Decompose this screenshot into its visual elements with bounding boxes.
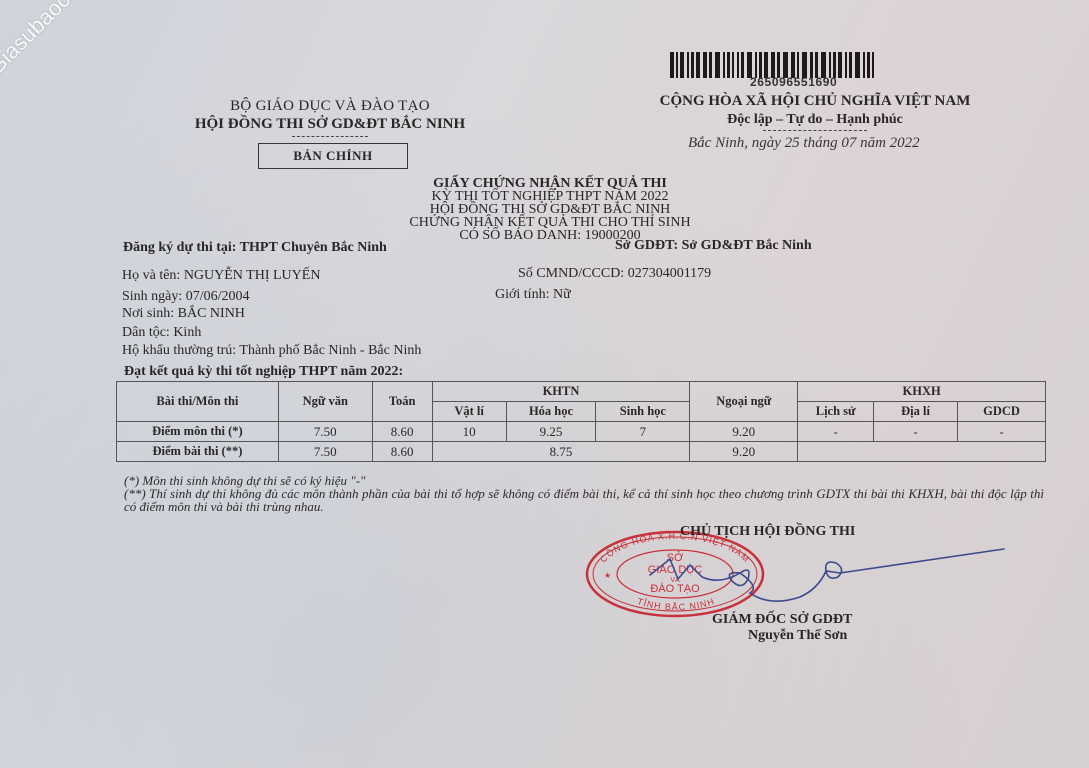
exam-score-foreign-language: 9.20 xyxy=(690,442,798,462)
motto-divider xyxy=(763,130,867,131)
footnotes: (*) Môn thi sinh không dự thi sẽ có ký h… xyxy=(124,474,1044,513)
candidate-residence: Hộ khẩu thường trú: Thành phố Bắc Ninh -… xyxy=(122,343,421,359)
header-divider xyxy=(292,136,368,137)
candidate-ethnicity: Dân tộc: Kinh xyxy=(122,325,201,341)
candidate-id-number: Số CMND/CCCD: 027304001179 xyxy=(518,266,711,282)
footnote-2: (**) Thí sinh dự thi không đủ các môn th… xyxy=(124,487,1044,513)
header-history: Lịch sử xyxy=(798,402,874,422)
national-header: CỘNG HÒA XÃ HỘI CHỦ NGHĨA VIỆT NAM Độc l… xyxy=(580,93,1050,131)
score-foreign-language: 9.20 xyxy=(690,422,798,442)
national-motto: Độc lập – Tự do – Hạnh phúc xyxy=(580,112,1050,128)
table-row: Điểm bài thi (**) 7.50 8.60 8.75 9.20 xyxy=(117,442,1046,462)
signatory-role: GIÁM ĐỐC SỞ GDĐT xyxy=(712,612,852,628)
exam-score-khxh xyxy=(798,442,1046,462)
original-copy-box: BẢN CHÍNH xyxy=(258,143,408,169)
exam-score-math: 8.60 xyxy=(372,442,432,462)
issuer-header: BỘ GIÁO DỤC VÀ ĐÀO TẠO HỘI ĐỒNG THI SỞ G… xyxy=(120,98,540,137)
candidate-dob: Sinh ngày: 07/06/2004 xyxy=(122,289,250,305)
place-date: Bắc Ninh, ngày 25 tháng 07 năm 2022 xyxy=(688,135,920,152)
signatory-title: CHỦ TỊCH HỘI ĐỒNG THI xyxy=(680,524,855,540)
table-header-row: Bài thi/Môn thi Ngữ văn Toán KHTN Ngoại … xyxy=(117,382,1046,402)
signature-icon xyxy=(640,545,1010,605)
header-physics: Vật lí xyxy=(432,402,506,422)
row-label-exam-scores: Điểm bài thi (**) xyxy=(117,442,279,462)
header-chemistry: Hóa học xyxy=(506,402,596,422)
header-biology: Sinh học xyxy=(596,402,690,422)
candidate-birthplace: Nơi sinh: BẮC NINH xyxy=(122,306,245,322)
watermark: Giasubaochau.net xyxy=(0,0,127,80)
score-math: 8.60 xyxy=(372,422,432,442)
barcode-number: 265096551690 xyxy=(670,75,960,89)
candidate-gender: Giới tính: Nữ xyxy=(495,287,571,303)
header-foreign-language: Ngoại ngữ xyxy=(690,382,798,422)
row-label-subject-scores: Điểm môn thi (*) xyxy=(117,422,279,442)
results-label: Đạt kết quả kỳ thi tốt nghiệp THPT năm 2… xyxy=(124,364,403,380)
council-name: HỘI ĐỒNG THI SỞ GD&ĐT BẮC NINH xyxy=(120,116,540,133)
exam-score-khtn: 8.75 xyxy=(432,442,690,462)
signatory-name: Nguyễn Thế Sơn xyxy=(748,628,847,644)
score-geography: - xyxy=(874,422,958,442)
education-department: Sở GDĐT: Sở GD&ĐT Bắc Ninh xyxy=(615,238,812,254)
exam-site: Đăng ký dự thi tại: THPT Chuyên Bắc Ninh xyxy=(123,240,387,256)
country-name: CỘNG HÒA XÃ HỘI CHỦ NGHĨA VIỆT NAM xyxy=(580,93,1050,110)
exam-score-literature: 7.50 xyxy=(278,442,372,462)
score-literature: 7.50 xyxy=(278,422,372,442)
score-history: - xyxy=(798,422,874,442)
candidate-name: Họ và tên: NGUYỄN THỊ LUYẾN xyxy=(122,268,320,284)
header-math: Toán xyxy=(372,382,432,422)
scores-table: Bài thi/Môn thi Ngữ văn Toán KHTN Ngoại … xyxy=(116,381,1046,462)
header-khxh: KHXH xyxy=(798,382,1046,402)
certificate-title-block: GIẤY CHỨNG NHẬN KẾT QUẢ THI KỲ THI TỐT N… xyxy=(300,177,800,242)
header-geography: Địa lí xyxy=(874,402,958,422)
score-physics: 10 xyxy=(432,422,506,442)
table-row: Điểm môn thi (*) 7.50 8.60 10 9.25 7 9.2… xyxy=(117,422,1046,442)
score-biology: 7 xyxy=(596,422,690,442)
header-literature: Ngữ văn xyxy=(278,382,372,422)
score-chemistry: 9.25 xyxy=(506,422,596,442)
header-khtn: KHTN xyxy=(432,382,690,402)
score-civics: - xyxy=(958,422,1046,442)
header-subject: Bài thi/Môn thi xyxy=(117,382,279,422)
svg-text:★: ★ xyxy=(604,571,611,580)
header-civics: GDCD xyxy=(958,402,1046,422)
ministry-name: BỘ GIÁO DỤC VÀ ĐÀO TẠO xyxy=(120,98,540,115)
